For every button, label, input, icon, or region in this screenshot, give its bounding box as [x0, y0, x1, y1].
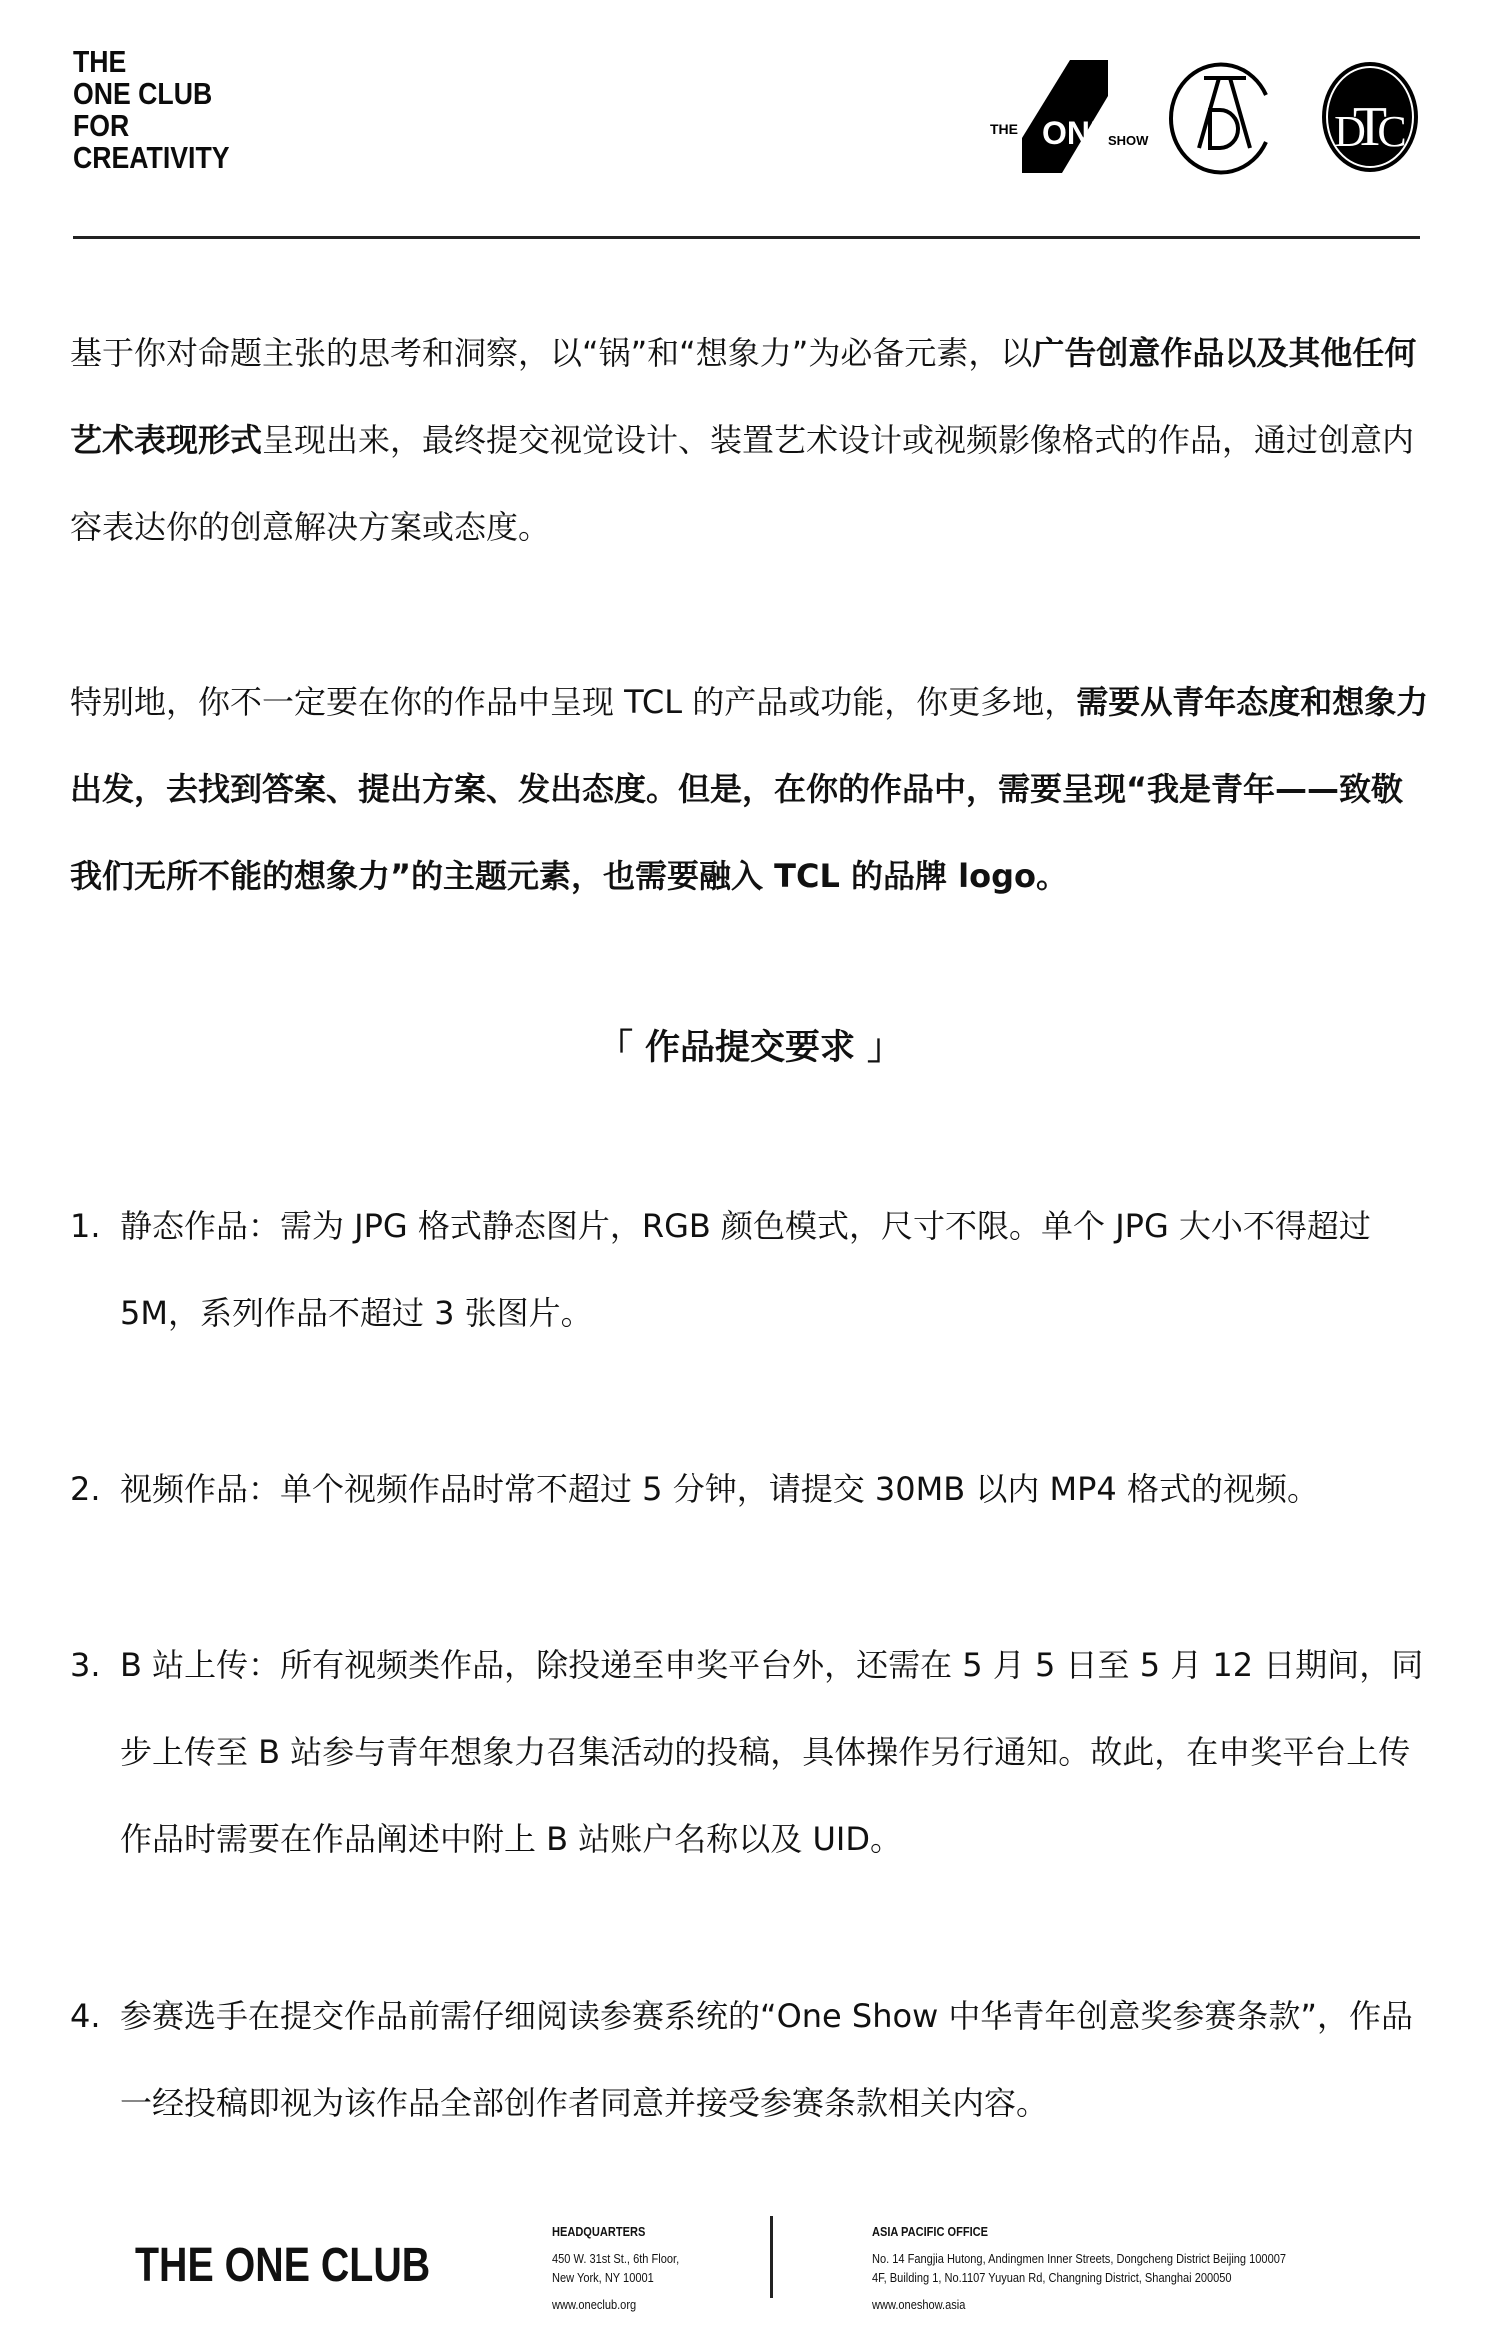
- apac-heading: ASIA PACIFIC OFFICE: [872, 2222, 1286, 2241]
- footer-divider: [770, 2216, 773, 2298]
- svg-text:ONE: ONE: [1042, 115, 1111, 151]
- the-one-show-logo: THE ONE SHOW: [990, 60, 1149, 173]
- item-number: 4.: [70, 1973, 101, 2060]
- header-divider: [73, 236, 1420, 239]
- item-number: 1.: [70, 1183, 101, 1270]
- footer-org-name: THE ONE CLUB: [135, 2238, 430, 2293]
- item-number: 2.: [70, 1446, 101, 1533]
- svg-text:SHOW: SHOW: [1108, 133, 1149, 148]
- text-segment: 特别地，你不一定要在你的作品中呈现 TCL 的产品或功能，你更多地，: [70, 683, 1076, 721]
- tdc-logo: T D C: [1322, 62, 1418, 172]
- hq-address-line: 450 W. 31st St., 6th Floor,: [552, 2249, 679, 2268]
- logo-line: CREATIVITY: [73, 142, 230, 174]
- item-text: B 站上传：所有视频类作品，除投递至申奖平台外，还需在 5 月 5 日至 5 月…: [120, 1622, 1430, 1883]
- logo-line: ONE CLUB: [73, 78, 230, 110]
- svg-text:C: C: [1377, 107, 1406, 156]
- requirement-item: 1. 静态作品：需为 JPG 格式静态图片，RGB 颜色模式，尺寸不限。单个 J…: [70, 1183, 1430, 1357]
- requirement-item: 2. 视频作品：单个视频作品时常不超过 5 分钟，请提交 30MB 以内 MP4…: [70, 1446, 1430, 1533]
- intro-paragraph-2: 特别地，你不一定要在你的作品中呈现 TCL 的产品或功能，你更多地，需要从青年态…: [70, 659, 1430, 920]
- apac-website-link[interactable]: www.oneshow.asia: [872, 2295, 1286, 2314]
- footer-asia-pacific: ASIA PACIFIC OFFICE No. 14 Fangjia Huton…: [872, 2222, 1286, 2314]
- apac-address-line: No. 14 Fangjia Hutong, Andingmen Inner S…: [872, 2249, 1286, 2268]
- adc-logo: [1171, 65, 1266, 173]
- item-number: 3.: [70, 1622, 101, 1709]
- svg-text:THE: THE: [990, 121, 1018, 137]
- hq-website-link[interactable]: www.oneclub.org: [552, 2295, 679, 2314]
- item-text: 静态作品：需为 JPG 格式静态图片，RGB 颜色模式，尺寸不限。单个 JPG …: [120, 1183, 1430, 1357]
- requirement-item: 4. 参赛选手在提交作品前需仔细阅读参赛系统的“One Show 中华青年创意奖…: [70, 1973, 1430, 2147]
- partner-logos-icon: THE ONE SHOW T D C: [990, 58, 1430, 178]
- requirement-item: 3. B 站上传：所有视频类作品，除投递至申奖平台外，还需在 5 月 5 日至 …: [70, 1622, 1430, 1883]
- svg-text:D: D: [1334, 107, 1366, 156]
- intro-paragraph-1: 基于你对命题主张的思考和洞察，以“锅”和“想象力”为必备元素，以广告创意作品以及…: [70, 310, 1430, 571]
- hq-address-line: New York, NY 10001: [552, 2268, 679, 2287]
- text-segment: 呈现出来，最终提交视觉设计、装置艺术设计或视频影像格式的作品，通过创意内容表达你…: [70, 421, 1414, 546]
- logo-line: THE: [73, 46, 230, 78]
- section-title: 「 作品提交要求 」: [0, 1020, 1500, 1070]
- text-segment: 基于你对命题主张的思考和洞察，以“锅”和“想象力”为必备元素，以: [70, 334, 1032, 372]
- logo-line: FOR: [73, 110, 230, 142]
- apac-address-line: 4F, Building 1, No.1107 Yuyuan Rd, Chang…: [872, 2268, 1286, 2287]
- partner-logos: THE ONE SHOW T D C: [990, 58, 1430, 178]
- item-text: 参赛选手在提交作品前需仔细阅读参赛系统的“One Show 中华青年创意奖参赛条…: [120, 1973, 1430, 2147]
- hq-heading: HEADQUARTERS: [552, 2222, 679, 2241]
- item-text: 视频作品：单个视频作品时常不超过 5 分钟，请提交 30MB 以内 MP4 格式…: [120, 1446, 1430, 1533]
- footer-headquarters: HEADQUARTERS 450 W. 31st St., 6th Floor,…: [552, 2222, 679, 2314]
- one-club-logo: THE ONE CLUB FOR CREATIVITY: [73, 46, 230, 174]
